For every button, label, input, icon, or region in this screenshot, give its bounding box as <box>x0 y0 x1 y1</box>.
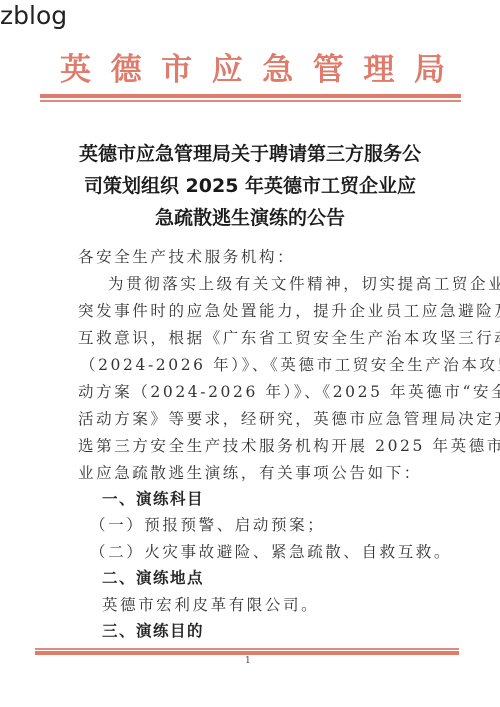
document-title-line-2: 司策划组织 2025 年英德市工贸企业应 <box>40 172 460 200</box>
paragraph-line: 活动方案》等要求，经研究，英德市应急管理局决定开展遴 <box>78 409 500 429</box>
section-heading-location: 二、演练地点 <box>102 568 204 588</box>
org-char: 应 <box>212 52 243 88</box>
org-char: 英 <box>60 52 91 88</box>
paragraph-line: 突发事件时的应急处置能力，提升企业员工应急避险及自救 <box>78 301 500 321</box>
org-char: 急 <box>262 52 293 88</box>
document-page: 英 德 市 应 急 管 理 局 英德市应急管理局关于聘请第三方服务公 司策划组织… <box>0 0 500 707</box>
org-char: 理 <box>363 52 394 88</box>
paragraph-line: 为贯彻落实上级有关文件精神，切实提高工贸企业面对 <box>108 274 500 294</box>
org-char: 德 <box>111 52 142 88</box>
salutation: 各安全生产技术服务机构： <box>78 247 295 267</box>
footer-divider-thick <box>35 651 459 655</box>
header-divider-thin <box>40 100 461 102</box>
subject-item: （二）火灾事故避险、紧急疏散、自救互救。 <box>90 542 452 562</box>
paragraph-line: 业应急疏散逃生演练，有关事项公告如下： <box>78 463 422 483</box>
org-char: 局 <box>414 52 445 88</box>
location-text: 英德市宏利皮革有限公司。 <box>102 595 319 615</box>
header-divider-thick <box>40 94 461 98</box>
section-heading-purpose: 三、演练目的 <box>102 621 204 641</box>
section-heading-subjects: 一、演练科目 <box>102 489 204 509</box>
footer-divider-thin <box>35 648 459 650</box>
document-title-line-3: 急疏散逃生演练的公告 <box>40 204 460 232</box>
org-header: 英 德 市 应 急 管 理 局 <box>60 52 445 88</box>
subject-item: （一）预报预警、启动预案； <box>90 515 325 535</box>
paragraph-line: 互救意识，根据《广东省工贸安全生产治本攻坚三行动方案 <box>78 328 500 348</box>
paragraph-line: 选第三方安全生产技术服务机构开展 2025 年英德市工贸企 <box>78 436 500 456</box>
page-number: 1 <box>245 656 251 666</box>
org-char: 市 <box>161 52 192 88</box>
org-char: 管 <box>313 52 344 88</box>
paragraph-line: 动方案（2024-2026 年）》、《2025 年英德市“安全生产月” <box>78 382 500 402</box>
document-title-line-1: 英德市应急管理局关于聘请第三方服务公 <box>40 140 460 168</box>
paragraph-line: （2024-2026 年）》、《英德市工贸安全生产治本攻坚三行 <box>80 355 500 375</box>
